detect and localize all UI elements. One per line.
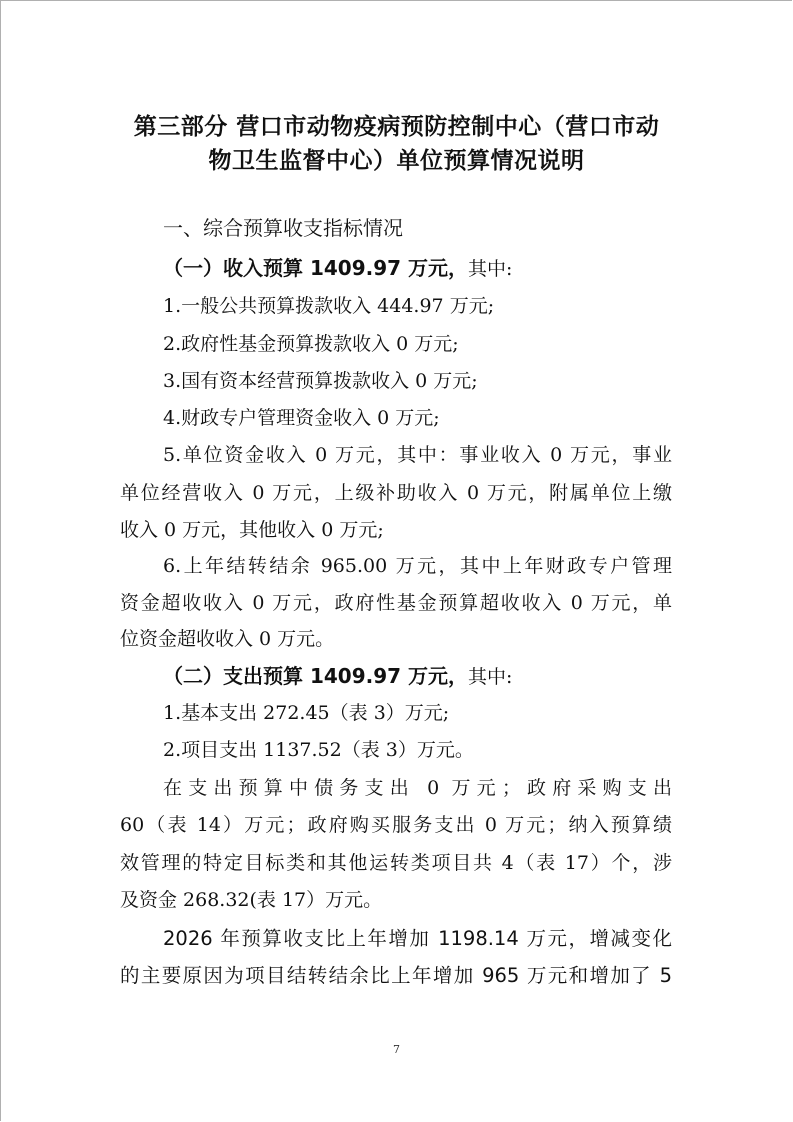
expenditure-heading: （二）支出预算 1409.97 万元，其中:: [163, 666, 512, 687]
income-heading-bold: （一）收入预算 1409.97 万元，: [163, 256, 468, 280]
income-heading: （一）收入预算 1409.97 万元，其中:: [163, 258, 512, 279]
expenditure-item-2: 2.项目支出 1137.52（表 3）万元。: [163, 741, 672, 760]
income-item-5-line-2: 单位经营收入 0 万元，上级补助收入 0 万元，附属单位上缴: [120, 484, 672, 503]
change-line-1: 2026 年预算收支比上年增加 1198.14 万元，增减变化: [163, 929, 672, 949]
income-heading-rest: 其中:: [468, 258, 512, 280]
income-item-6-line-3: 位资金超收收入 0 万元。: [120, 630, 672, 649]
income-item-6-line-1: 6.上年结转结余 965.00 万元，其中上年财政专户管理: [163, 557, 672, 576]
income-item-4: 4.财政专户管理资金收入 0 万元;: [163, 409, 672, 428]
section-heading-budget-overview: 一、综合预算收支指标情况: [163, 218, 403, 238]
expenditure-item-1: 1.基本支出 272.45（表 3）万元;: [163, 704, 672, 723]
page-title-line-2: 物卫生监督中心）单位预算情况说明: [0, 150, 793, 173]
income-item-5-line-1: 5.单位资金收入 0 万元，其中：事业收入 0 万元，事业: [163, 446, 672, 465]
page-title-line-1: 第三部分 营口市动物疫病预防控制中心（营口市动: [0, 116, 793, 139]
expenditure-detail-line-4: 及资金 268.32(表 17）万元。: [120, 891, 672, 910]
page-number: 7: [0, 1043, 793, 1056]
change-line-2: 的主要原因为项目结转结余比上年增加 965 万元和增加了 5: [120, 966, 672, 986]
expenditure-detail-line-3: 效管理的特定目标类和其他运转类项目共 4（表 17）个，涉: [120, 854, 672, 873]
expenditure-detail-line-1: 在支出预算中债务支出 0 万元；政府采购支出: [163, 779, 672, 798]
expenditure-heading-rest: 其中:: [468, 666, 512, 688]
income-item-1: 1.一般公共预算拨款收入 444.97 万元;: [163, 297, 672, 316]
expenditure-detail-line-2: 60（表 14）万元；政府购买服务支出 0 万元；纳入预算绩: [120, 816, 672, 835]
income-item-3: 3.国有资本经营预算拨款收入 0 万元;: [163, 372, 672, 391]
income-item-2: 2.政府性基金预算拨款收入 0 万元;: [163, 335, 672, 354]
income-item-6-line-2: 资金超收收入 0 万元，政府性基金预算超收收入 0 万元，单: [120, 594, 672, 613]
income-item-5-line-3: 收入 0 万元，其他收入 0 万元;: [120, 521, 672, 540]
expenditure-heading-bold: （二）支出预算 1409.97 万元，: [163, 664, 468, 688]
